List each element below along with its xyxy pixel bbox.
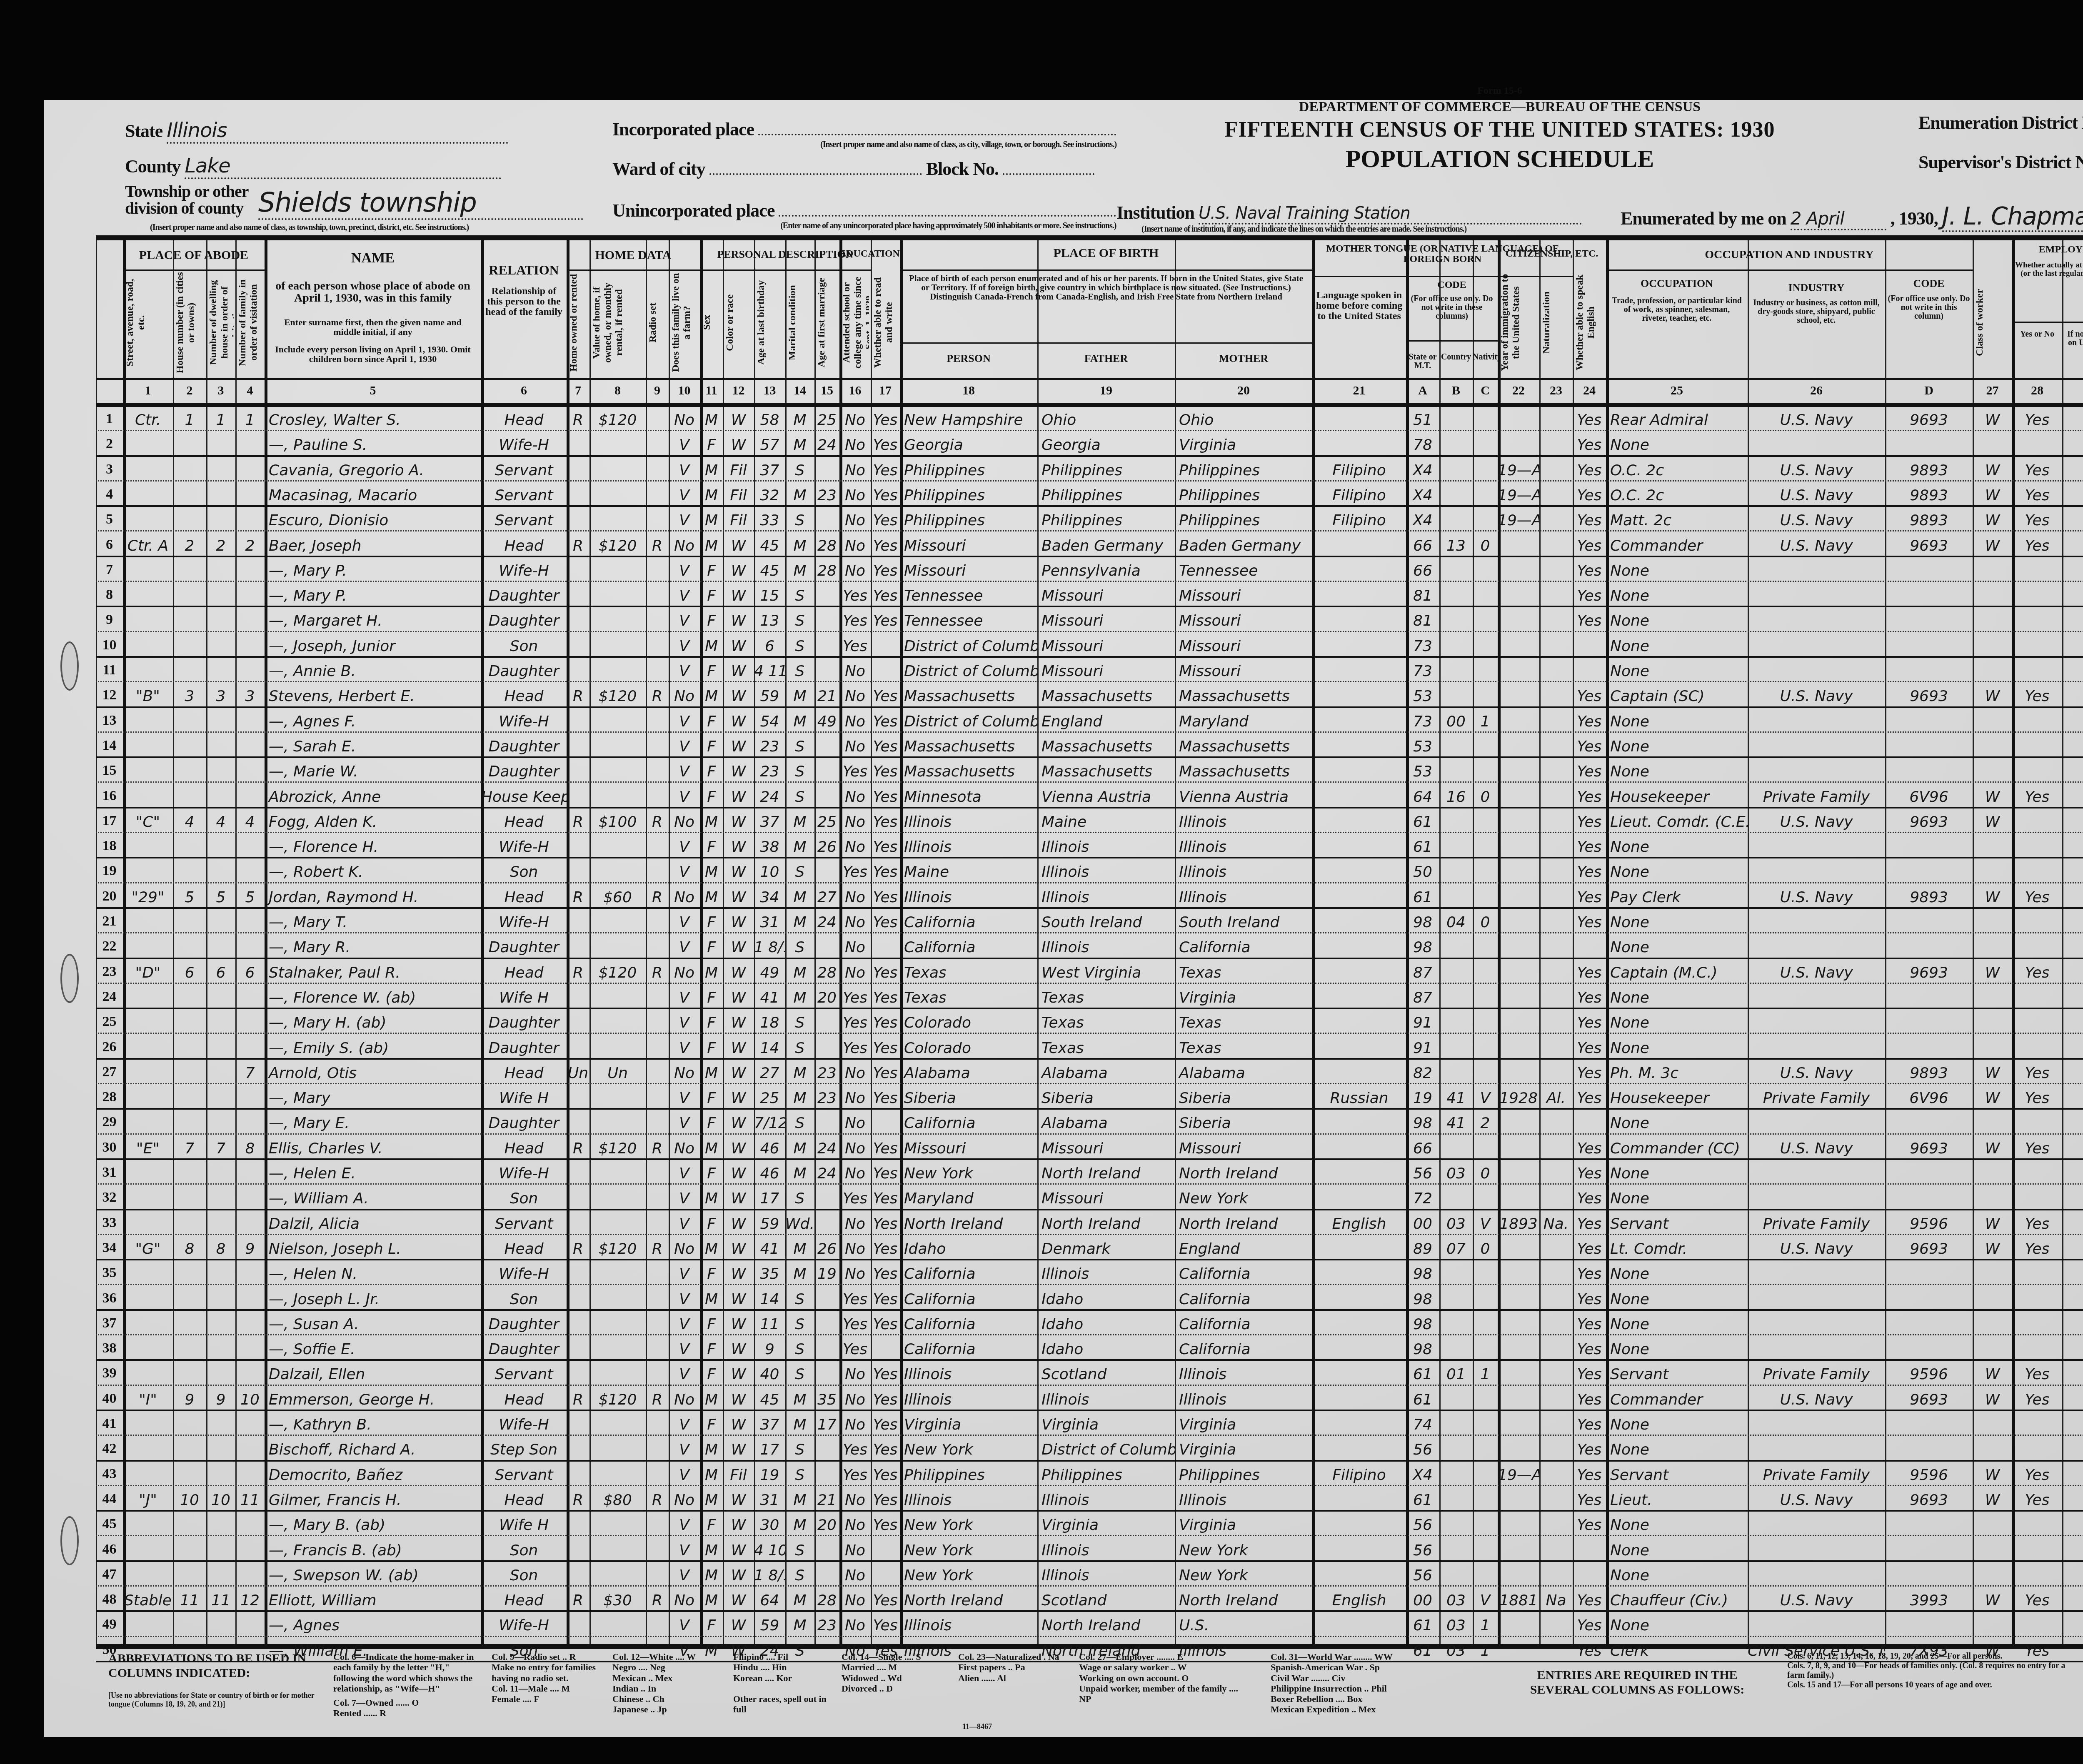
cell-immig xyxy=(1498,430,1539,455)
cell-father: North Ireland xyxy=(1037,1209,1175,1234)
cell-codeC xyxy=(1473,1435,1498,1460)
group-occupation-industry: OCCUPATION AND INDUSTRY xyxy=(1606,249,1973,261)
cell-natur xyxy=(1539,1259,1573,1284)
cell-codeA: 78 xyxy=(1406,430,1439,455)
cell-read: Yes xyxy=(871,1183,900,1208)
table-row[interactable]: 1919—, Robert K.SonVMW10SYesYesMaineIlli… xyxy=(96,857,2083,883)
cell-codeA: 64 xyxy=(1406,782,1439,807)
cell-immig xyxy=(1498,1158,1539,1183)
table-row[interactable]: 33Cavania, Gregorio A.ServantVMFil37SNoY… xyxy=(96,455,2083,482)
cell-codeD: 9893 xyxy=(1885,455,1973,480)
table-row[interactable]: 1212"B"333Stevens, Herbert E.HeadR$120RN… xyxy=(96,681,2083,708)
cell-age: 24 xyxy=(754,782,785,807)
cell-school: Yes xyxy=(839,756,871,781)
cell-owned xyxy=(567,1008,589,1033)
header-rule xyxy=(96,378,2083,380)
cell-mother: Philippines xyxy=(1175,1460,1312,1485)
cell-school: Yes xyxy=(839,1033,871,1058)
cell-owned: R xyxy=(567,405,589,430)
cell-house: 11 xyxy=(173,1585,206,1610)
cell-owned xyxy=(567,1359,589,1384)
cell-codeC xyxy=(1473,606,1498,631)
cell-natur: Na xyxy=(1539,1585,1573,1610)
cell-farm: V xyxy=(669,1610,700,1635)
column-header-c4: Number of family in order of visitation xyxy=(237,272,263,374)
cell-codeC xyxy=(1473,505,1498,530)
cell-codeD: 9693 xyxy=(1885,1234,1973,1259)
cell-sex: F xyxy=(700,1259,723,1284)
cell-street xyxy=(123,1610,173,1635)
cell-english: Yes xyxy=(1573,606,1606,631)
cell-marital: S xyxy=(785,932,814,957)
cell-school: Yes xyxy=(839,606,871,631)
cell-natur xyxy=(1539,430,1573,455)
cell-codeB xyxy=(1439,1033,1473,1058)
cell-father: Illinois xyxy=(1037,1259,1175,1284)
table-row[interactable]: 3030"E"778Ellis, Charles V.HeadR$120RNoM… xyxy=(96,1133,2083,1160)
cell-radio xyxy=(646,1435,669,1460)
table-row[interactable]: 3333Dalzil, AliciaServantVFW59Wd.NoYesNo… xyxy=(96,1209,2083,1235)
cell-street: "B" xyxy=(123,681,173,706)
table-row[interactable]: 3737—, Susan A.DaughterVFW11SYesYesCalif… xyxy=(96,1309,2083,1335)
cell-value: $120 xyxy=(589,681,646,706)
cell-owned: R xyxy=(567,1133,589,1158)
cell-farm: V xyxy=(669,480,700,505)
table-row[interactable]: 1717"C"444Fogg, Alden K.HeadR$100RNoMW37… xyxy=(96,807,2083,833)
cell-work: Yes xyxy=(2012,1460,2062,1485)
cell-occupation: Servant xyxy=(1606,1460,1748,1485)
cell-sex: M xyxy=(700,958,723,983)
cell-codeB xyxy=(1439,405,1473,430)
cell-age: 9 xyxy=(754,1334,785,1359)
cell-age: 33 xyxy=(754,505,785,530)
cell-race: Fil xyxy=(723,455,754,480)
cell-age_marriage: 25 xyxy=(814,405,839,430)
cell-codeD xyxy=(1885,706,1973,731)
cell-unemp xyxy=(2062,782,2083,807)
cell-father: West Virginia xyxy=(1037,958,1175,983)
cell-family xyxy=(235,932,265,957)
cell-mother: Vienna Austria xyxy=(1175,782,1312,807)
table-row[interactable]: 4848Stable111112Elliott, WilliamHeadR$30… xyxy=(96,1585,2083,1612)
cell-occupation: O.C. 2c xyxy=(1606,455,1748,480)
cell-unemp xyxy=(2062,1058,2083,1083)
cell-unemp xyxy=(2062,455,2083,480)
cell-english: Yes xyxy=(1573,1284,1606,1309)
cell-work xyxy=(2012,1610,2062,1635)
header-code: CODE xyxy=(1406,280,1498,290)
column-number: 5 xyxy=(265,384,481,398)
line-number: 13 xyxy=(96,706,123,731)
cell-relation: Head xyxy=(481,1234,567,1259)
table-row[interactable]: 2222—, Mary R.DaughterVFW1 8/12SNoCalifo… xyxy=(96,932,2083,959)
table-row[interactable]: 2424—, Florence W. (ab)Wife HVFW41M20Yes… xyxy=(96,983,2083,1009)
cell-work: Yes xyxy=(2012,1385,2062,1410)
cell-english: Yes xyxy=(1573,1209,1606,1234)
cell-race: W xyxy=(723,832,754,857)
cell-street xyxy=(123,480,173,505)
cell-codeB xyxy=(1439,1259,1473,1284)
line-number: 48 xyxy=(96,1585,123,1610)
cell-race: W xyxy=(723,782,754,807)
cell-family xyxy=(235,581,265,606)
cell-tongue xyxy=(1312,1259,1406,1284)
table-row[interactable]: 3939Dalzail, EllenServantVFW40SNoYesIlli… xyxy=(96,1359,2083,1385)
cell-race: W xyxy=(723,731,754,756)
cell-age_marriage xyxy=(814,782,839,807)
cell-house xyxy=(173,1033,206,1058)
cell-read: Yes xyxy=(871,1259,900,1284)
table-row[interactable]: 55Escuro, DionisioServantVMFil33SNoYesPh… xyxy=(96,505,2083,531)
cell-age_marriage xyxy=(814,1183,839,1208)
cell-father: Massachusetts xyxy=(1037,756,1175,781)
cell-father: South Ireland xyxy=(1037,907,1175,932)
cell-radio xyxy=(646,1359,669,1384)
cell-house xyxy=(173,480,206,505)
table-row[interactable]: 3434"G"889Nielson, Joseph L.HeadR$120RNo… xyxy=(96,1234,2083,1260)
cell-sex: F xyxy=(700,606,723,631)
employment-description: Whether actually at work yesterday (or t… xyxy=(2014,261,2083,278)
cell-school: No xyxy=(839,681,871,706)
cell-street xyxy=(123,1158,173,1183)
cell-age_marriage xyxy=(814,756,839,781)
table-row[interactable]: 4343Democrito, BañezServantVMFil19SYesYe… xyxy=(96,1460,2083,1486)
cell-school: No xyxy=(839,505,871,530)
cell-birth: Texas xyxy=(900,983,1037,1008)
cell-farm: No xyxy=(669,1485,700,1510)
cell-occupation: Pay Clerk xyxy=(1606,882,1748,907)
cell-sex: M xyxy=(700,1058,723,1083)
cell-codeA: 56 xyxy=(1406,1510,1439,1535)
cell-read: Yes xyxy=(871,606,900,631)
cell-work: Yes xyxy=(2012,1058,2062,1083)
cell-mother: Massachusetts xyxy=(1175,731,1312,756)
cell-name: —, Francis B. (ab) xyxy=(265,1535,481,1560)
table-row[interactable]: 4747—, Swepson W. (ab)SonVMW1 8/12SNoNew… xyxy=(96,1560,2083,1587)
cell-age: 35 xyxy=(754,1259,785,1284)
cell-immig xyxy=(1498,1334,1539,1359)
cell-class xyxy=(1973,556,2012,581)
cell-tongue xyxy=(1312,405,1406,430)
table-row[interactable]: 11Ctr.111Crosley, Walter S.HeadR$120NoMW… xyxy=(96,405,2083,431)
cell-codeD: 9693 xyxy=(1885,405,1973,430)
cell-name: —, Kathryn B. xyxy=(265,1410,481,1435)
line-number: 46 xyxy=(96,1535,123,1560)
cell-natur xyxy=(1539,1435,1573,1460)
cell-relation: Wife H xyxy=(481,1510,567,1535)
cell-immig xyxy=(1498,932,1539,957)
cell-school: Yes xyxy=(839,1008,871,1033)
cell-farm: V xyxy=(669,1259,700,1284)
cell-family xyxy=(235,1158,265,1183)
cell-house xyxy=(173,1510,206,1535)
table-row[interactable]: 2929—, Mary E.DaughterVFW7/12SNoCaliforn… xyxy=(96,1108,2083,1134)
cell-immig xyxy=(1498,1359,1539,1384)
cell-father: Illinois xyxy=(1037,1385,1175,1410)
cell-name: Democrito, Bañez xyxy=(265,1460,481,1485)
table-row[interactable]: 2323"D"666Stalnaker, Paul R.HeadR$120RNo… xyxy=(96,958,2083,984)
cell-codeC xyxy=(1473,1385,1498,1410)
cell-radio xyxy=(646,1510,669,1535)
cell-father: Alabama xyxy=(1037,1058,1175,1083)
line-number: 40 xyxy=(96,1385,123,1410)
cell-relation: Wife-H xyxy=(481,1158,567,1183)
table-row[interactable]: 22—, Pauline S.Wife-HVFW57M24NoYesGeorgi… xyxy=(96,430,2083,457)
table-row[interactable]: 3232—, William A.SonVMW17SYesYesMaryland… xyxy=(96,1183,2083,1210)
cell-codeB xyxy=(1439,1560,1473,1585)
cell-mother: Virginia xyxy=(1175,1410,1312,1435)
table-row[interactable]: 88—, Mary P.DaughterVFW15SYesYesTennesse… xyxy=(96,581,2083,607)
header-father: FATHER xyxy=(1037,353,1175,364)
line-number: 6 xyxy=(96,531,123,556)
cell-dwelling xyxy=(206,455,235,480)
cell-codeD xyxy=(1885,656,1973,681)
cell-name: Ellis, Charles V. xyxy=(265,1133,481,1158)
table-row[interactable]: 3131—, Helen E.Wife-HVFW46M24NoYesNew Yo… xyxy=(96,1158,2083,1185)
cell-mother: California xyxy=(1175,1259,1312,1284)
cell-mother: Alabama xyxy=(1175,1058,1312,1083)
table-row[interactable]: 1414—, Sarah E.DaughterVFW23SNoYesMassac… xyxy=(96,731,2083,758)
cell-codeC xyxy=(1473,430,1498,455)
cell-school: Yes xyxy=(839,1460,871,1485)
cell-radio xyxy=(646,1209,669,1234)
cell-read: Yes xyxy=(871,430,900,455)
cell-codeB xyxy=(1439,731,1473,756)
cell-sex: F xyxy=(700,1209,723,1234)
cell-codeD xyxy=(1885,581,1973,606)
line-number: 26 xyxy=(96,1033,123,1058)
table-row[interactable]: 4646—, Francis B. (ab)SonVMW4 10/12SNoNe… xyxy=(96,1535,2083,1562)
cell-english: Yes xyxy=(1573,430,1606,455)
cell-dwelling xyxy=(206,1334,235,1359)
cell-tongue xyxy=(1312,631,1406,656)
column-number: 21 xyxy=(1312,384,1406,398)
cell-unemp xyxy=(2062,1259,2083,1284)
cell-house xyxy=(173,1158,206,1183)
cell-radio xyxy=(646,1259,669,1284)
cell-farm: V xyxy=(669,430,700,455)
population-schedule-table: PLACE OF ABODENAMEof each person whose p… xyxy=(96,235,2083,1649)
cell-codeD: 9893 xyxy=(1885,1058,1973,1083)
cell-race: W xyxy=(723,1485,754,1510)
cell-birth: Tennessee xyxy=(900,606,1037,631)
table-row[interactable]: 3838—, Soffie E.DaughterVFW9SYesCaliforn… xyxy=(96,1334,2083,1361)
cell-age: 23 xyxy=(754,731,785,756)
cell-age: 23 xyxy=(754,756,785,781)
cell-codeD: 9693 xyxy=(1885,1485,1973,1510)
cell-father: Texas xyxy=(1037,983,1175,1008)
cell-industry xyxy=(1748,1560,1885,1585)
column-header-c13: Age at last birthday xyxy=(756,272,784,374)
cell-unemp xyxy=(2062,832,2083,857)
table-row[interactable]: 66Ctr. A222Baer, JosephHeadR$120RNoMW45M… xyxy=(96,531,2083,557)
cell-codeB: 16 xyxy=(1439,782,1473,807)
column-header-c14: Marital condition xyxy=(787,272,813,374)
cell-dwelling xyxy=(206,656,235,681)
cell-farm: V xyxy=(669,1359,700,1384)
institution-field: Institution U.S. Naval Training Station … xyxy=(1116,202,1582,234)
cell-name: —, Swepson W. (ab) xyxy=(265,1560,481,1585)
cell-street xyxy=(123,1183,173,1208)
table-row[interactable]: 4444"J"101011Gilmer, Francis H.HeadR$80R… xyxy=(96,1485,2083,1512)
cell-immig: 1893 xyxy=(1498,1209,1539,1234)
cell-dwelling xyxy=(206,1610,235,1635)
cell-name: —, Mary B. (ab) xyxy=(265,1510,481,1535)
cell-value xyxy=(589,1083,646,1108)
cell-age_marriage xyxy=(814,731,839,756)
cell-dwelling: 8 xyxy=(206,1234,235,1259)
cell-codeC xyxy=(1473,631,1498,656)
cell-codeB xyxy=(1439,606,1473,631)
cell-house xyxy=(173,1209,206,1234)
cell-birth: California xyxy=(900,932,1037,957)
column-header-c22: Year of immigration to the United States xyxy=(1499,272,1538,374)
cell-radio: R xyxy=(646,681,669,706)
cell-marital: S xyxy=(785,1334,814,1359)
cell-work xyxy=(2012,932,2062,957)
cell-natur xyxy=(1539,1510,1573,1535)
table-row[interactable]: 3636—, Joseph L. Jr.SonVMW14SYesYesCalif… xyxy=(96,1284,2083,1311)
table-row[interactable]: 1111—, Annie B.DaughterVFW4 11/12SNoDist… xyxy=(96,656,2083,682)
header-rule xyxy=(1406,340,1498,342)
cell-work: Yes xyxy=(2012,455,2062,480)
table-row[interactable]: 2121—, Mary T.Wife-HVFW31M24NoYesCalifor… xyxy=(96,907,2083,933)
table-row[interactable]: 2626—, Emily S. (ab)DaughterVFW14SYesYes… xyxy=(96,1033,2083,1060)
table-row[interactable]: 99—, Margaret H.DaughterVFW13SYesYesTenn… xyxy=(96,606,2083,632)
cell-immig xyxy=(1498,581,1539,606)
column-header-c28: Yes or No xyxy=(2012,330,2062,339)
cell-unemp xyxy=(2062,983,2083,1008)
table-row[interactable]: 4141—, Kathryn B.Wife-HVFW37M17NoYesVirg… xyxy=(96,1410,2083,1436)
cell-sex: M xyxy=(700,857,723,882)
cell-english: Yes xyxy=(1573,1485,1606,1510)
cell-relation: Servant xyxy=(481,505,567,530)
cell-immig xyxy=(1498,857,1539,882)
cell-street xyxy=(123,1560,173,1585)
table-row[interactable]: 77—, Mary P.Wife-HVFW45M28NoYesMissouriP… xyxy=(96,556,2083,582)
table-row[interactable]: 1818—, Florence H.Wife-HVFW38M26NoYesIll… xyxy=(96,832,2083,858)
cell-owned xyxy=(567,556,589,581)
header-rule xyxy=(2012,322,2083,323)
cell-codeD: 9596 xyxy=(1885,1460,1973,1485)
cell-family: 12 xyxy=(235,1585,265,1610)
cell-relation: Wife H xyxy=(481,1083,567,1108)
cell-relation: Daughter xyxy=(481,731,567,756)
column-number: 25 xyxy=(1606,384,1748,398)
cell-marital: M xyxy=(785,480,814,505)
cell-occupation: Captain (M.C.) xyxy=(1606,958,1748,983)
cell-family xyxy=(235,556,265,581)
cell-sex: F xyxy=(700,1008,723,1033)
cell-age_marriage: 17 xyxy=(814,1410,839,1435)
cell-immig xyxy=(1498,832,1539,857)
cell-house xyxy=(173,1410,206,1435)
cell-immig: 1881 xyxy=(1498,1585,1539,1610)
cell-radio: R xyxy=(646,1385,669,1410)
table-row[interactable]: 1010—, Joseph, JuniorSonVMW6SYesDistrict… xyxy=(96,631,2083,658)
line-number: 32 xyxy=(96,1183,123,1208)
table-row[interactable]: 4949—, AgnesWife-HVFW59M23NoYesIllinoisN… xyxy=(96,1610,2083,1637)
table-row[interactable]: 1313—, Agnes F.Wife-HVFW54M49NoYesDistri… xyxy=(96,706,2083,733)
table-row[interactable]: 27277Arnold, OtisHeadUnUnNoMW27M23NoYesA… xyxy=(96,1058,2083,1084)
cell-class xyxy=(1973,1158,2012,1183)
cell-work xyxy=(2012,983,2062,1008)
cell-radio xyxy=(646,907,669,932)
cell-age_marriage: 20 xyxy=(814,983,839,1008)
cell-occupation: None xyxy=(1606,832,1748,857)
cell-radio: R xyxy=(646,531,669,556)
cell-natur xyxy=(1539,581,1573,606)
cell-marital: Wd. xyxy=(785,1209,814,1234)
table-row[interactable]: 4040"I"9910Emmerson, George H.HeadR$120R… xyxy=(96,1385,2083,1411)
cell-codeB: 04 xyxy=(1439,907,1473,932)
cell-sex: F xyxy=(700,1158,723,1183)
table-row[interactable]: 4242Bischoff, Richard A.Step SonVMW17SYe… xyxy=(96,1435,2083,1461)
cell-occupation: O.C. 2c xyxy=(1606,480,1748,505)
column-header-c8: Value of home, if owned, or monthly rent… xyxy=(591,272,644,374)
cell-marital: S xyxy=(785,631,814,656)
cell-marital: S xyxy=(785,1108,814,1133)
table-row[interactable]: 1616Abrozick, AnneHouse KeeperVFW24SNoYe… xyxy=(96,782,2083,808)
cell-age_marriage: 24 xyxy=(814,1133,839,1158)
table-row[interactable]: 2828—, MaryWife HVFW25M23NoYesSiberiaSib… xyxy=(96,1083,2083,1110)
cell-owned: R xyxy=(567,882,589,907)
cell-radio: R xyxy=(646,1133,669,1158)
cell-age: 45 xyxy=(754,531,785,556)
cell-natur xyxy=(1539,907,1573,932)
cell-dwelling: 1 xyxy=(206,405,235,430)
cell-house xyxy=(173,1334,206,1359)
cell-sex: F xyxy=(700,706,723,731)
cell-codeD: 9893 xyxy=(1885,505,1973,530)
cell-immig xyxy=(1498,1108,1539,1133)
cell-age: 17 xyxy=(754,1183,785,1208)
column-number: 28 xyxy=(2012,384,2062,398)
cell-codeA: 53 xyxy=(1406,756,1439,781)
cell-industry xyxy=(1748,1284,1885,1309)
cell-codeB xyxy=(1439,1460,1473,1485)
column-header-cA: State or M.T. xyxy=(1406,353,1439,370)
cell-english: Yes xyxy=(1573,1183,1606,1208)
table-row[interactable]: 2020"29"555Jordan, Raymond H.HeadR$60RNo… xyxy=(96,882,2083,909)
cell-english: Yes xyxy=(1573,958,1606,983)
table-row[interactable]: 1515—, Marie W.DaughterVFW23SYesYesMassa… xyxy=(96,756,2083,783)
title-block: Form 15-6 DEPARTMENT OF COMMERCE—BUREAU … xyxy=(1125,85,1875,173)
cell-house xyxy=(173,1259,206,1284)
column-header-c7: Home owned or rented xyxy=(568,272,588,374)
table-row[interactable]: 44Macasinag, MacarioServantVMFil32M23NoY… xyxy=(96,480,2083,507)
cell-sex: F xyxy=(700,932,723,957)
cell-house xyxy=(173,1083,206,1108)
cell-unemp xyxy=(2062,1510,2083,1535)
cell-dwelling xyxy=(206,1033,235,1058)
cell-codeA: 56 xyxy=(1406,1158,1439,1183)
cell-natur xyxy=(1539,1410,1573,1435)
cell-family: 6 xyxy=(235,958,265,983)
cell-school: No xyxy=(839,556,871,581)
table-row[interactable]: 2525—, Mary H. (ab)DaughterVFW18SYesYesC… xyxy=(96,1008,2083,1034)
cell-owned: R xyxy=(567,681,589,706)
cell-occupation: Lieut. Comdr. (C.E.C.) xyxy=(1606,807,1748,832)
cell-family xyxy=(235,1183,265,1208)
cell-codeA: 56 xyxy=(1406,1435,1439,1460)
table-row[interactable]: 3535—, Helen N.Wife-HVFW35M19NoYesCalifo… xyxy=(96,1259,2083,1285)
cell-english: Yes xyxy=(1573,1510,1606,1535)
line-number: 35 xyxy=(96,1259,123,1284)
table-row[interactable]: 4545—, Mary B. (ab)Wife HVFW30M20NoYesNe… xyxy=(96,1510,2083,1536)
cell-father: Illinois xyxy=(1037,1535,1175,1560)
cell-race: W xyxy=(723,706,754,731)
